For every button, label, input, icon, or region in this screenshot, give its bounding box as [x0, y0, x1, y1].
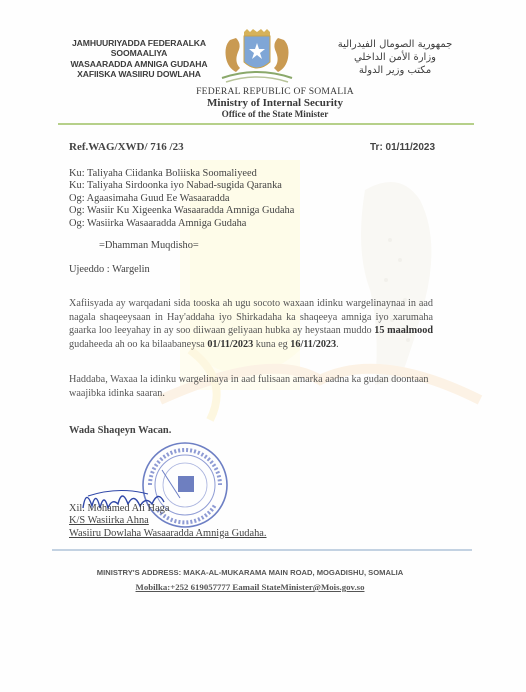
- reference-number: Ref.WAG/XWD/ 716 /23: [69, 141, 184, 153]
- recipient-line: Ku: Taliyaha Sirdoonka iyo Nabad-sugida …: [69, 180, 294, 192]
- distribution-line: =Dhamman Muqdisho=: [99, 240, 199, 251]
- body-text: kuna eg: [253, 339, 290, 350]
- body-text: .: [336, 339, 339, 350]
- body-paragraph-1: Xafiisyada ay warqadani sida tooska ah u…: [69, 297, 433, 351]
- footer-divider: [52, 549, 472, 551]
- signer-title-2: Wasiiru Dowlaha Wasaaradda Amniga Gudaha…: [69, 528, 267, 540]
- office-name: Office of the State Minister: [150, 109, 400, 120]
- header-somali-line: XAFIISKA WASIIRU DOWLAHA: [64, 69, 214, 79]
- recipient-line: Og: Wasiirka Wasaaradda Amniga Gudaha: [69, 218, 294, 230]
- header-somali-line: WASAARADDA AMNIGA GUDAHA: [64, 59, 214, 69]
- ministry-name: Ministry of Internal Security: [150, 97, 400, 109]
- header-somali-line: JAMHUURIYADDA FEDERAALKA: [64, 38, 214, 48]
- header-arabic-line: جمهورية الصومال الفيدرالية: [330, 38, 460, 51]
- signer-block: Xil. Mohamed Ali Haga K/S Wasiirka Ahna …: [69, 503, 267, 540]
- closing-line: Wada Shaqeyn Wacan.: [69, 425, 171, 436]
- recipient-line: Og: Agaasimaha Guud Ee Wasaaradda: [69, 193, 294, 205]
- start-date-emphasis: 01/11/2023: [207, 339, 253, 350]
- contact-info: Mobilka:+252 619057777 Eamail StateMinis…: [40, 578, 460, 596]
- footer: MINISTRY'S ADDRESS: MAKA-AL-MUKARAMA MAI…: [40, 568, 460, 596]
- country-name: FEDERAL REPUBLIC OF SOMALIA: [150, 86, 400, 97]
- end-date-emphasis: 16/11/2023: [290, 339, 336, 350]
- header-somali-line: SOOMAALIYA: [64, 48, 214, 58]
- coat-of-arms-icon: [212, 28, 302, 88]
- recipients-list: Ku: Taliyaha Ciidanka Boliiska Soomaliye…: [69, 168, 294, 230]
- header-arabic-block: جمهورية الصومال الفيدرالية وزارة الأمن ا…: [330, 38, 460, 77]
- ministry-address: MINISTRY'S ADDRESS: MAKA-AL-MUKARAMA MAI…: [40, 568, 460, 578]
- header-english-block: FEDERAL REPUBLIC OF SOMALIA Ministry of …: [150, 86, 400, 120]
- recipient-line: Og: Wasiir Ku Xigeenka Wasaaradda Amniga…: [69, 205, 294, 217]
- letter-date: Tr: 01/11/2023: [370, 142, 435, 153]
- signer-title-1: K/S Wasiirka Ahna: [69, 515, 267, 527]
- duration-emphasis: 15 maalmood: [374, 325, 433, 336]
- header-arabic-line: مكتب وزير الدولة: [330, 64, 460, 77]
- recipient-line: Ku: Taliyaha Ciidanka Boliiska Soomaliye…: [69, 168, 294, 180]
- body-text: gudaheeda ah oo ka bilaabaneysa: [69, 339, 207, 350]
- header-somali-block: JAMHUURIYADDA FEDERAALKA SOOMAALIYA WASA…: [64, 38, 214, 80]
- header-arabic-line: وزارة الأمن الداخلي: [330, 51, 460, 64]
- subject-line: Ujeeddo : Wargelin: [69, 264, 150, 275]
- letter-page: JAMHUURIYADDA FEDERAALKA SOOMAALIYA WASA…: [0, 0, 526, 692]
- body-paragraph-2: Haddaba, Waxaa la idinku wargelinaya in …: [69, 373, 433, 400]
- signer-name: Xil. Mohamed Ali Haga: [69, 503, 267, 515]
- header-divider: [58, 123, 474, 125]
